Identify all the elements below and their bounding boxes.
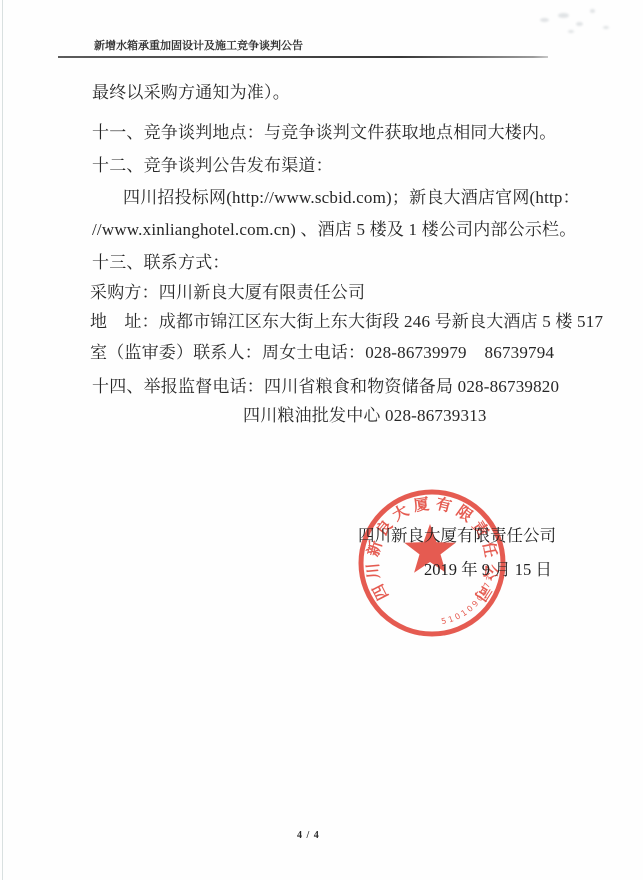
page-number: 4 / 4 [297, 830, 320, 841]
body-line: 采购方：四川新良大厦有限责任公司 [90, 284, 365, 302]
body-line: 十三、联系方式： [92, 254, 230, 272]
scan-noise [576, 22, 583, 26]
body-line: 十四、举报监督电话：四川省粮食和物资储备局 028-86739820 [92, 378, 559, 396]
body-line: 地 址：成都市锦江区东大街上东大街段 246 号新良大酒店 5 楼 517 [90, 313, 603, 331]
scan-edge-artifact [2, 0, 3, 880]
body-line: 室（监审委）联系人：周女士电话：028-86739979 86739794 [90, 344, 554, 362]
body-line: 四川招投标网(http://www.scbid.com)；新良大酒店官网(htt… [123, 189, 580, 207]
body-line: //www.xinlianghotel.com.cn) 、酒店 5 楼及 1 楼… [92, 221, 576, 239]
scan-noise [558, 13, 569, 18]
body-line: 十二、竞争谈判公告发布渠道： [92, 157, 333, 175]
signature-company: 四川新良大厦有限责任公司 [358, 527, 556, 544]
svg-text:5101090973: 5101090973 [440, 573, 495, 627]
body-line: 十一、竞争谈判地点：与竞争谈判文件获取地点相同大楼内。 [92, 124, 556, 142]
scan-noise [568, 30, 574, 33]
seal-serial-number: 5101090973 [440, 573, 495, 627]
svg-text:四川新良大厦有限责任公司: 四川新良大厦有限责任公司 [363, 493, 502, 609]
page-header-title: 新增水箱承重加固设计及施工竞争谈判公告 [94, 40, 303, 53]
scan-noise [590, 9, 595, 13]
scan-noise [603, 26, 609, 29]
seal-arc-text: 四川新良大厦有限责任公司 [363, 493, 502, 609]
document-page: 新增水箱承重加固设计及施工竞争谈判公告 最终以采购方通知为准）。 十一、竞争谈判… [0, 0, 643, 880]
header-divider [58, 56, 548, 58]
scan-noise [540, 18, 549, 22]
signature-date: 2019 年 9 月 15 日 [424, 561, 552, 578]
body-line: 四川粮油批发中心 028-86739313 [243, 407, 487, 425]
body-line: 最终以采购方通知为准）。 [92, 84, 290, 102]
